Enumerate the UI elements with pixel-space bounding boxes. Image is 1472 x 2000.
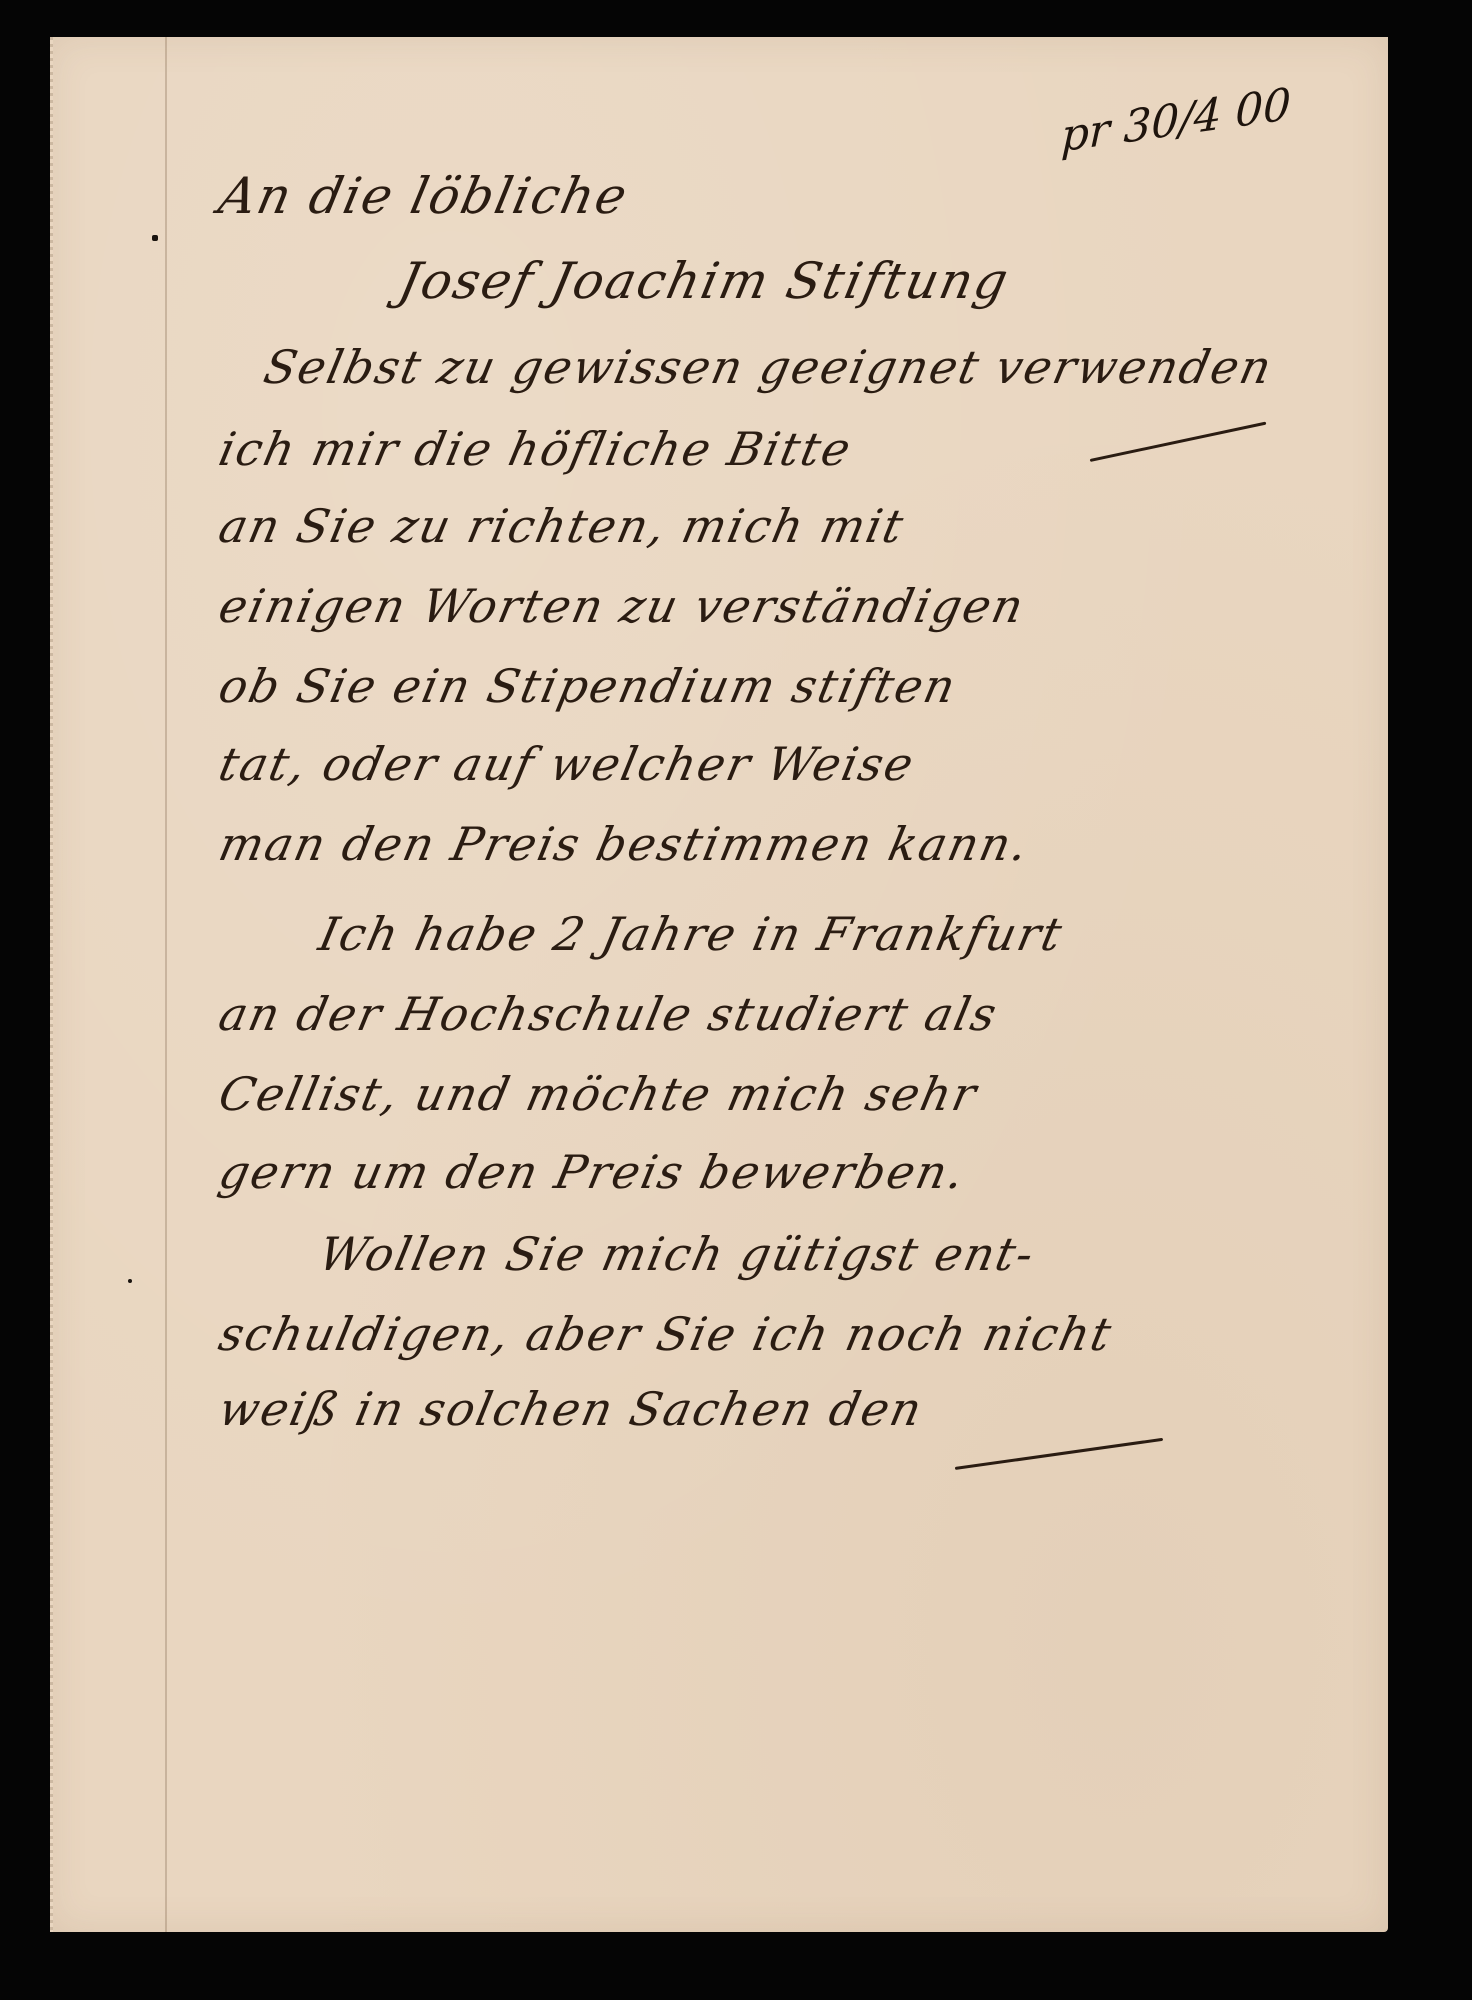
letter-line: ob Sie ein Stipendium stiften — [214, 659, 962, 713]
punch-hole-mark — [128, 1279, 132, 1283]
punch-hole-mark — [152, 235, 158, 241]
salutation-line-1: An die löbliche — [214, 167, 634, 225]
salutation-line-2: Josef Joachim Stiftung — [394, 252, 1015, 310]
letter-line: einigen Worten zu verständigen — [214, 579, 1030, 633]
letter-line: man den Preis bestimmen kann. — [214, 817, 1034, 871]
letter-line: an Sie zu richten, mich mit — [214, 499, 910, 553]
letter-line: weiß in solchen Sachen den — [214, 1382, 928, 1436]
letter-line: ich mir die höfliche Bitte — [214, 422, 857, 476]
receipt-annotation: pr 30/4 00 — [1060, 78, 1292, 162]
letter-line: an der Hochschule studiert als — [214, 987, 1003, 1041]
letter-line: gern um den Preis bewerben. — [214, 1145, 970, 1199]
letter-line: tat, oder auf welcher Weise — [214, 737, 920, 791]
fold-line — [165, 37, 167, 1932]
letter-line: Selbst zu gewissen geeignet verwenden — [259, 340, 1278, 394]
letter-page: pr 30/4 00 An die löbliche Josef Joachim… — [50, 37, 1388, 1932]
letter-line: Cellist, und möchte mich sehr — [214, 1067, 983, 1121]
letter-line: Wollen Sie mich gütigst ent- — [314, 1227, 1040, 1281]
closing-flourish-stroke — [955, 1438, 1163, 1470]
letter-line: schuldigen, aber Sie ich noch nicht — [214, 1307, 1118, 1361]
paper-torn-edge — [50, 37, 53, 1932]
letter-line: Ich habe 2 Jahre in Frankfurt — [314, 907, 1068, 961]
flourish-stroke — [1090, 422, 1267, 462]
